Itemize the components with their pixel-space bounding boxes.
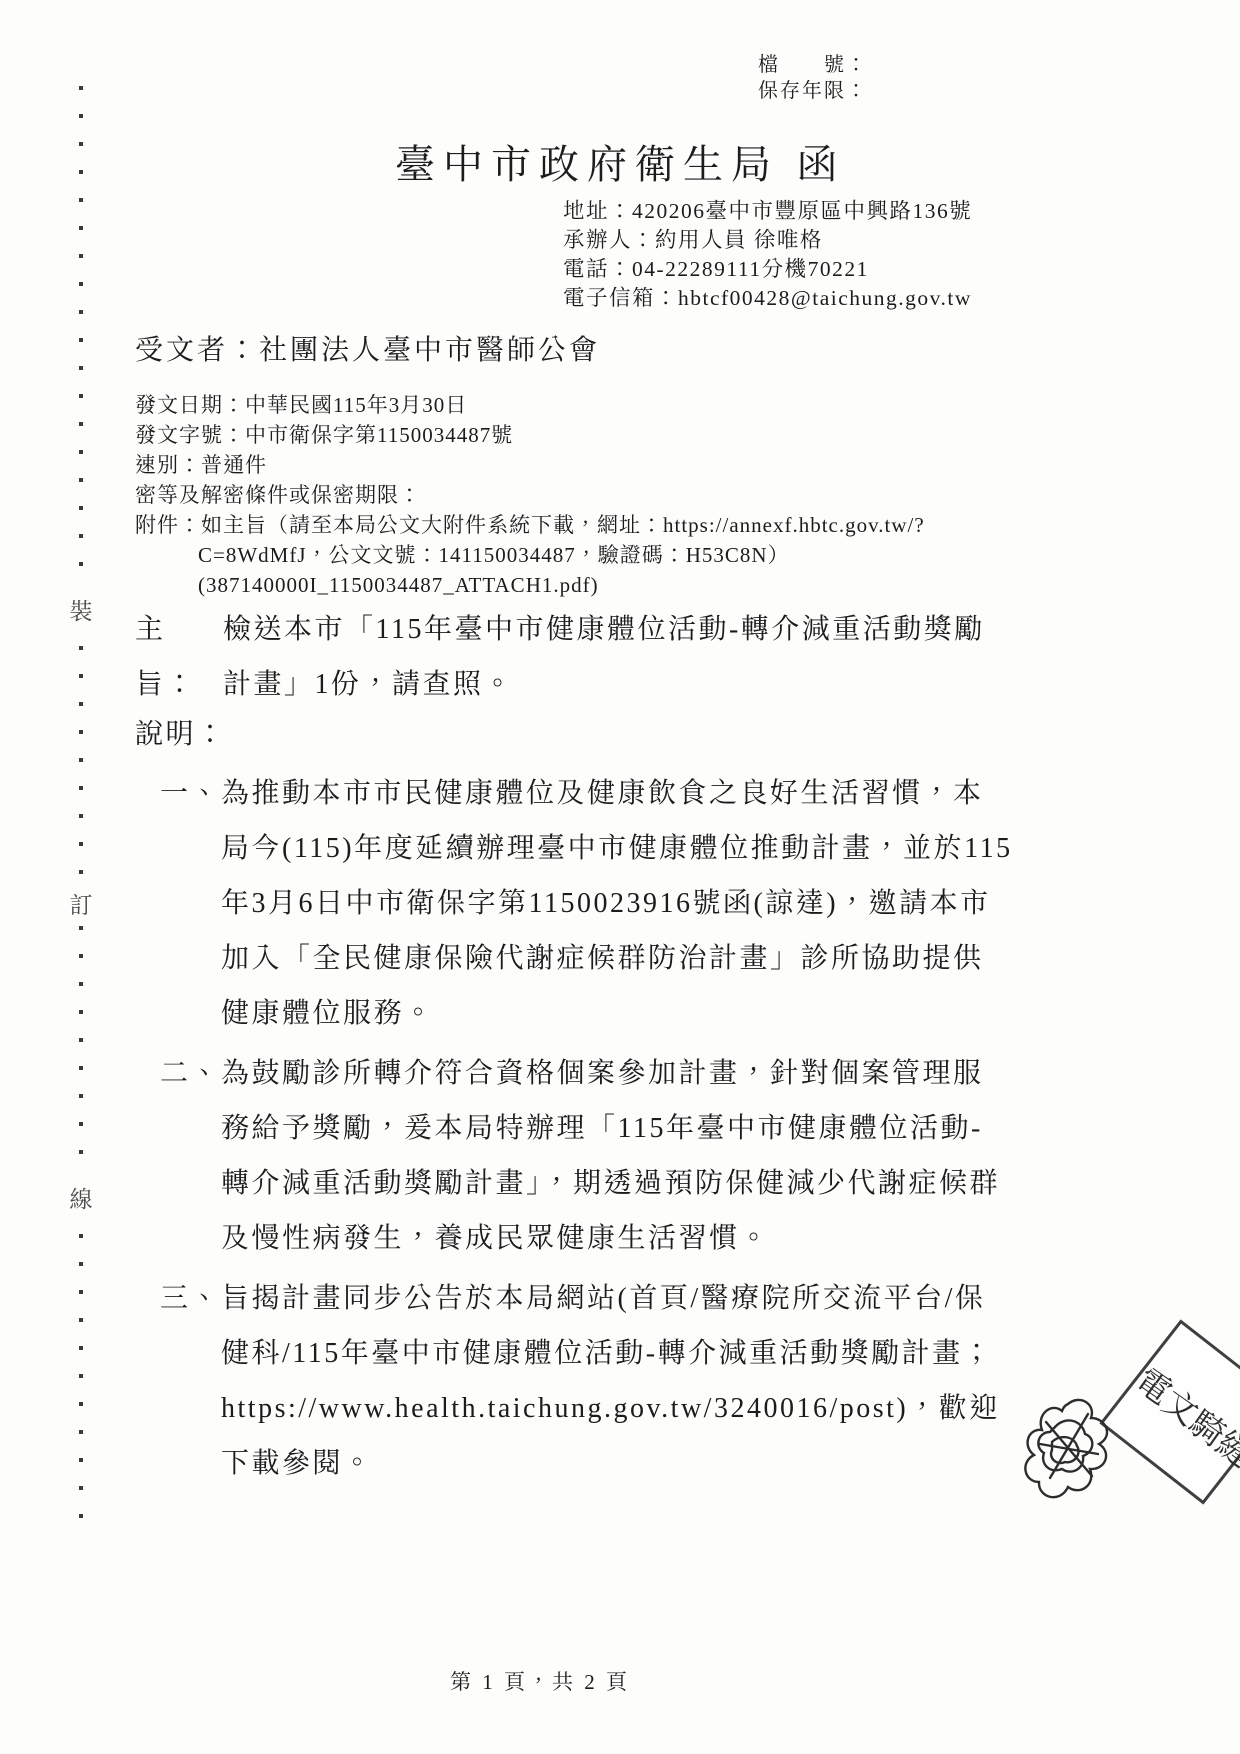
binding-mark-xian: 線: [66, 1176, 96, 1219]
official-letter-page: 檔 號： 保存年限： 臺中市政府衛生局 函 地址：420206臺中市豐原區中興路…: [0, 0, 1240, 1754]
item-text: 旨揭計畫同步公告於本局網站(首頁/醫療院所交流平台/保健科/115年臺中市健康體…: [221, 1271, 1013, 1491]
document-title: 臺中市政府衛生局 函: [0, 133, 1240, 190]
issue-date: 發文日期：中華民國115年3月30日: [135, 390, 925, 420]
archive-number-block: 檔 號： 保存年限：: [758, 52, 868, 104]
item-text: 為推動本市市民健康體位及健康飲食之良好生活習慣，本局今(115)年度延續辦理臺中…: [221, 766, 1013, 1041]
contact-officer: 承辦人：約用人員 徐唯格: [563, 226, 972, 255]
contact-email: 電子信箱：hbtcf00428@taichung.gov.tw: [563, 284, 972, 313]
page-number-footer: 第 1 頁，共 2 頁: [0, 1666, 1080, 1696]
item-number: 一、: [160, 766, 221, 1041]
item-text: 為鼓勵診所轉介符合資格個案參加計畫，針對個案管理服務給予獎勵，爰本局特辦理「11…: [221, 1046, 1013, 1266]
explanation-item-2: 二、 為鼓勵診所轉介符合資格個案參加計畫，針對個案管理服務給予獎勵，爰本局特辦理…: [160, 1046, 1016, 1266]
subject-label: 主旨：: [135, 602, 223, 712]
contact-phone: 電話：04-22289111分機70221: [563, 255, 972, 284]
attachment-label: 附件：: [135, 510, 201, 540]
binding-mark-zhuang: 裝: [66, 588, 96, 631]
subject-text: 檢送本市「115年臺中市健康體位活動-轉介減重活動獎勵計畫」1份，請查照。: [223, 602, 1015, 712]
file-number-label: 檔 號：: [758, 52, 868, 78]
contact-info-block: 地址：420206臺中市豐原區中興路136號 承辦人：約用人員 徐唯格 電話：0…: [563, 197, 972, 313]
binding-dotted-line: [79, 86, 83, 1526]
scribble-stamp: [1022, 1392, 1118, 1514]
issue-number: 發文字號：中市衛保字第1150034487號: [135, 420, 925, 450]
attachment-text-2: C=8WdMfJ，公文文號：141150034487，驗證碼：H53C8N）: [135, 540, 925, 570]
retention-period-label: 保存年限：: [758, 78, 868, 104]
binding-mark-ding: 訂: [66, 882, 96, 925]
speed-class: 速別：普通件: [135, 450, 925, 480]
item-number: 三、: [160, 1271, 221, 1491]
attachment-line: 附件： 如主旨（請至本局公文大附件系統下載，網址：https://annexf.…: [135, 510, 925, 540]
cross-page-seal-stamp: 電 文 騎 縫: [1099, 1319, 1240, 1504]
explanation-item-1: 一、 為推動本市市民健康體位及健康飲食之良好生活習慣，本局今(115)年度延續辦…: [160, 766, 1016, 1041]
explanation-item-3: 三、 旨揭計畫同步公告於本局網站(首頁/醫療院所交流平台/保健科/115年臺中市…: [160, 1271, 1016, 1491]
explanation-heading: 說明：: [135, 712, 227, 752]
item-number: 二、: [160, 1046, 221, 1266]
security-class: 密等及解密條件或保密期限：: [135, 480, 925, 510]
subject-block: 主旨： 檢送本市「115年臺中市健康體位活動-轉介減重活動獎勵計畫」1份，請查照…: [135, 602, 1015, 712]
recipient-line: 受文者：社團法人臺中市醫師公會: [135, 328, 600, 368]
contact-address: 地址：420206臺中市豐原區中興路136號: [563, 197, 972, 226]
attachment-text-3: (387140000I_1150034487_ATTACH1.pdf): [135, 570, 925, 600]
attachment-text-1: 如主旨（請至本局公文大附件系統下載，網址：https://annexf.hbtc…: [201, 510, 925, 540]
document-meta-block: 發文日期：中華民國115年3月30日 發文字號：中市衛保字第1150034487…: [135, 390, 925, 600]
